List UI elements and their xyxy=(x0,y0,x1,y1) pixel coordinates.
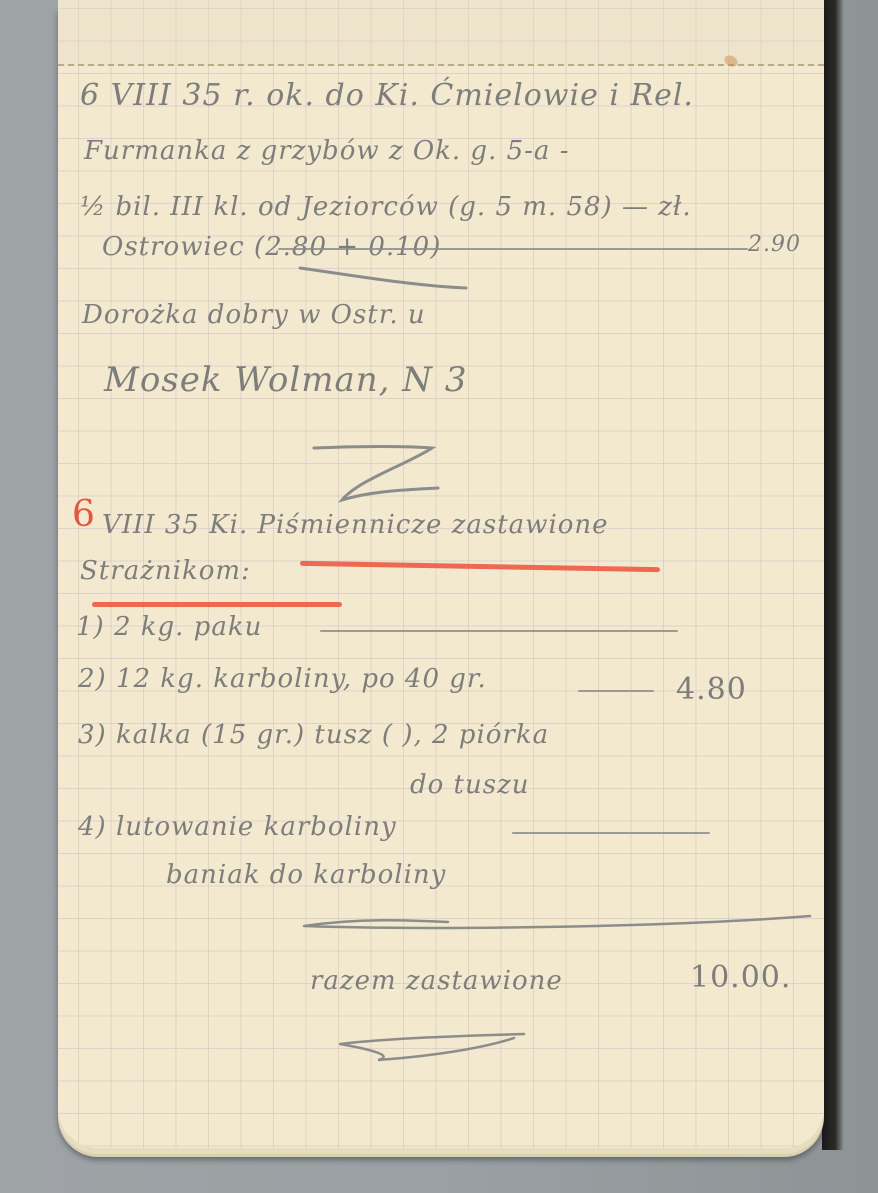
red-underline-heading xyxy=(300,561,660,572)
entry2-line2: Mosek Wolman, N 3 xyxy=(104,360,467,400)
item-4: 4) lutowanie karboliny xyxy=(78,812,397,842)
entry1-line3: ½ bil. III kl. od Jeziorców (g. 5 m. 58)… xyxy=(80,192,692,222)
closing-stroke xyxy=(334,1030,534,1064)
total-label: razem zastawione xyxy=(310,966,563,996)
entry1-line1: 6 VIII 35 r. ok. do Ki. Ćmielowie i Rel. xyxy=(80,78,694,113)
item-4-rule xyxy=(512,832,710,834)
entry1-amount-rule xyxy=(278,248,748,250)
perforation-strip xyxy=(58,0,824,66)
item-3-cont: do tuszu xyxy=(410,770,530,800)
notebook-edge-shadow xyxy=(822,0,844,1150)
item-2: 2) 12 kg. karboliny, po 40 gr. xyxy=(78,664,487,694)
entry3-heading: VIII 35 Ki. Piśmiennicze zastawione xyxy=(102,510,609,540)
total-divider xyxy=(298,912,818,936)
entry3-heading-line2: Strażnikom: xyxy=(80,556,251,586)
entry1-line4: Ostrowiec (2.80 + 0.10) xyxy=(102,232,441,262)
entry1-line2: Furmanka z grzybów z Ok. g. 5-a - xyxy=(84,136,570,166)
entry2-line1: Dorożka dobry w Ostr. u xyxy=(82,300,426,330)
item-2-amount: 4.80 xyxy=(676,672,747,707)
item-2-rule xyxy=(578,690,654,692)
item-1-rule xyxy=(320,630,678,632)
divider-stroke xyxy=(296,262,476,292)
entry3-date-day: 6 xyxy=(72,494,96,535)
item-1: 1) 2 kg. paku xyxy=(76,612,262,642)
item-4-cont: baniak do karboliny xyxy=(166,860,446,890)
section-divider-z xyxy=(308,440,448,510)
notebook-page: 6 VIII 35 r. ok. do Ki. Ćmielowie i Rel.… xyxy=(58,0,824,1148)
red-underline-strazn xyxy=(92,602,342,607)
item-3: 3) kalka (15 gr.) tusz ( ), 2 piórka xyxy=(78,720,549,750)
entry1-amount: 2.90 xyxy=(748,232,801,257)
total-amount: 10.00. xyxy=(690,960,791,995)
